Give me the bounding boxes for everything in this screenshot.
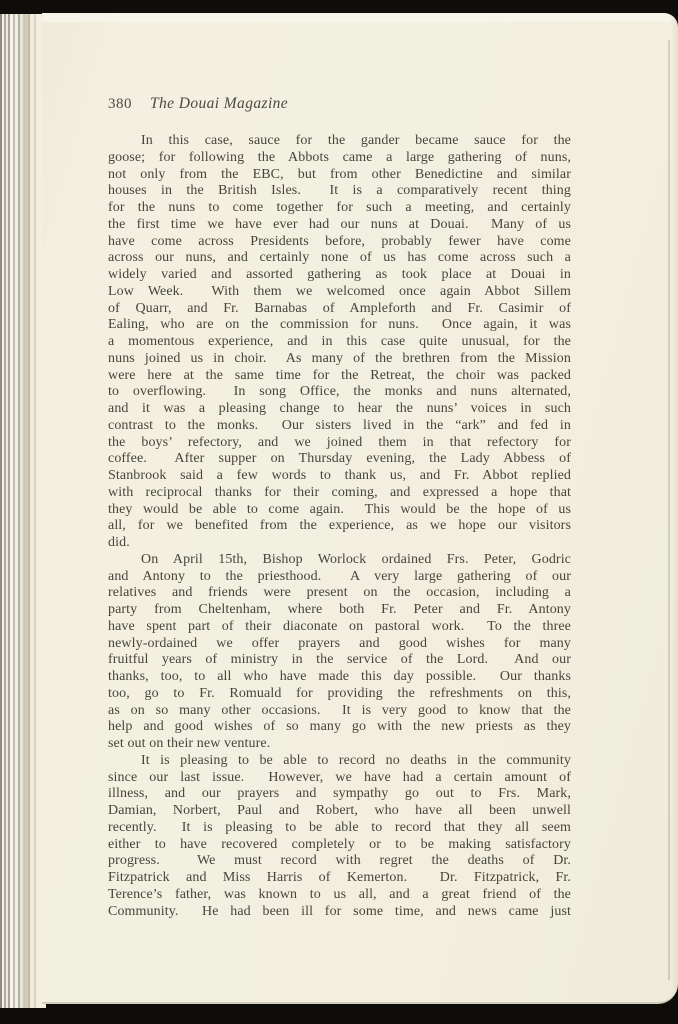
text-line: since our last issue. However, we have h… (108, 770, 571, 787)
text-line: they would be able to come again. This w… (108, 502, 571, 519)
book-scan: 380The Douai Magazine In this case, sauc… (0, 0, 678, 1024)
text-line: as on so many other occasions. It is ver… (108, 703, 571, 720)
text-line: Fitzpatrick and Miss Harris of Kemerton.… (108, 870, 571, 887)
page-edge-right-shade (671, 13, 678, 1004)
journal-title: The Douai Magazine (150, 95, 288, 112)
text-line: relatives and friends were present on th… (108, 585, 571, 602)
text-line: for the nuns to come together for such a… (108, 200, 571, 217)
text-line: help and good wishes of so many go with … (108, 719, 571, 736)
text-line: to overflowing. In song Office, the monk… (108, 384, 571, 401)
text-line: coffee. After supper on Thursday evening… (108, 451, 571, 468)
page-edges-left (0, 14, 46, 1008)
text-line: illness, and our prayers and sympathy go… (108, 786, 571, 803)
text-line: and Antony to the priesthood. A very lar… (108, 569, 571, 586)
text-line: were here at the same time for the Retre… (108, 368, 571, 385)
text-line: across our nuns, and certainly none of u… (108, 250, 571, 267)
text-line: Community. He had been ill for some time… (108, 904, 571, 921)
text-line: Stanbrook said a few words to thank us, … (108, 468, 571, 485)
text-line: recently. It is pleasing to be able to r… (108, 820, 571, 837)
text-line: not only from the EBC, but from other Be… (108, 167, 571, 184)
text-line: set out on their new venture. (108, 736, 571, 753)
text-line: On April 15th, Bishop Worlock ordained F… (108, 552, 571, 569)
page-number: 380 (108, 96, 132, 112)
text-line: all, for we benefited from the experienc… (108, 518, 571, 535)
text-line: the boys’ refectory, and we joined them … (108, 435, 571, 452)
page-edge-right-seam (668, 40, 670, 980)
text-line: did. (108, 535, 571, 552)
text-line: Damian, Norbert, Paul and Robert, who ha… (108, 803, 571, 820)
text-line: the first time we have ever had our nuns… (108, 217, 571, 234)
text-line: a momentous experience, and in this case… (108, 334, 571, 351)
text-line: progress. We must record with regret the… (108, 853, 571, 870)
text-line: contrast to the monks. Our sisters lived… (108, 418, 571, 435)
text-line: newly-ordained we offer prayers and good… (108, 636, 571, 653)
text-line: fruitful years of ministry in the servic… (108, 652, 571, 669)
text-line: Terence’s father, was known to us all, a… (108, 887, 571, 904)
text-line: have spent part of their diaconate on pa… (108, 619, 571, 636)
text-line: have come across Presidents before, prob… (108, 234, 571, 251)
text-line: nuns joined us in choir. As many of the … (108, 351, 571, 368)
text-line: widely varied and assorted gathering as … (108, 267, 571, 284)
text-line: houses in the British Isles. It is a com… (108, 183, 571, 200)
text-line: too, go to Fr. Romuald for providing the… (108, 686, 571, 703)
text-line: It is pleasing to be able to record no d… (108, 753, 571, 770)
text-line: Low Week. With them we welcomed once aga… (108, 284, 571, 301)
text-line: In this case, sauce for the gander becam… (108, 133, 571, 150)
text-line: of Quarr, and Fr. Barnabas of Ampleforth… (108, 301, 571, 318)
text-line: Ealing, who are on the commission for nu… (108, 317, 571, 334)
text-line: party from Cheltenham, where both Fr. Pe… (108, 602, 571, 619)
text-line: and it was a pleasing change to hear the… (108, 401, 571, 418)
page-top-edge (42, 13, 672, 22)
page-body: In this case, sauce for the gander becam… (108, 133, 571, 920)
text-line: goose; for following the Abbots came a l… (108, 150, 571, 167)
text-line: either to have recovered completely or t… (108, 837, 571, 854)
text-line: with reciprocal thanks for their coming,… (108, 485, 571, 502)
text-line: thanks, too, to all who have made this d… (108, 669, 571, 686)
running-head: 380The Douai Magazine (108, 95, 573, 113)
